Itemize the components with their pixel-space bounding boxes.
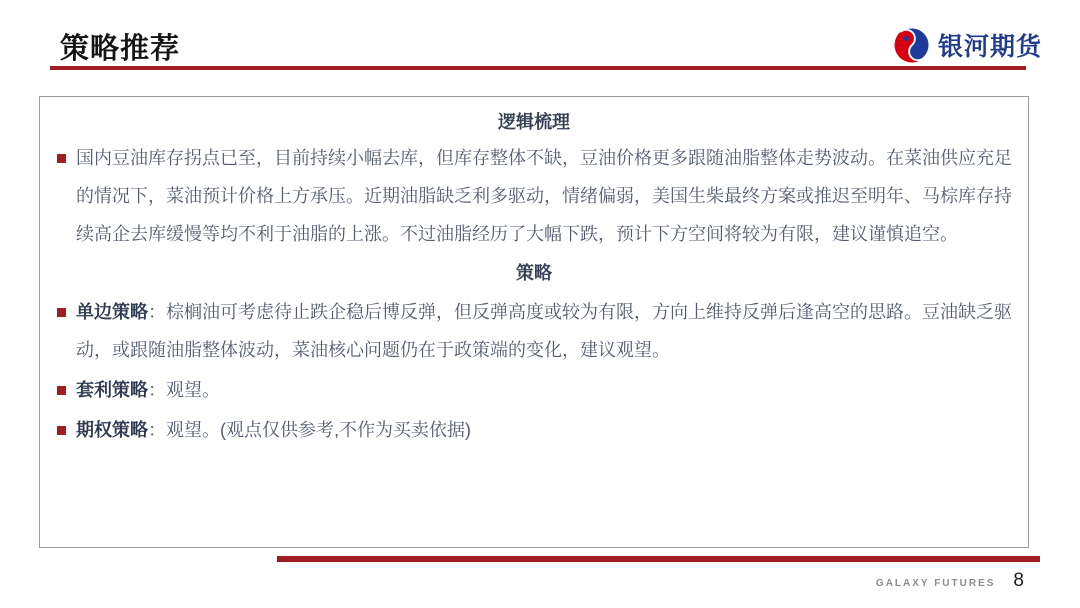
logic-bullet-item: 国内豆油库存拐点已至，目前持续小幅去库，但库存整体不缺，豆油价格更多跟随油脂整体… [56, 139, 1012, 253]
company-logo: 银河期货 [893, 26, 1042, 64]
bullet-square-icon [57, 154, 66, 163]
strategy-item-unilateral: 单边策略：棕榈油可考虑待止跌企稳后博反弹，但反弹高度或较为有限，方向上维持反弹后… [56, 293, 1012, 369]
title-underline [50, 66, 1026, 70]
footer: GALAXY FUTURES 8 [876, 570, 1024, 592]
bullet-square-icon [57, 308, 66, 317]
strategy-label: 套利策略 [76, 380, 148, 400]
strategy-label: 期权策略 [76, 420, 148, 440]
logic-bullet-text: 国内豆油库存拐点已至，目前持续小幅去库，但库存整体不缺，豆油价格更多跟随油脂整体… [76, 139, 1012, 253]
strategy-panel: 逻辑梳理 国内豆油库存拐点已至，目前持续小幅去库，但库存整体不缺，豆油价格更多跟… [39, 96, 1029, 548]
strategy-text: ：棕榈油可考虑待止跌企稳后博反弹，但反弹高度或较为有限，方向上维持反弹后逢高空的… [76, 302, 1012, 360]
section-heading-strategy: 策略 [56, 255, 1012, 291]
bullet-square-icon [57, 426, 66, 435]
company-name: 银河期货 [938, 27, 1042, 63]
bullet-square-icon [57, 386, 66, 395]
strategy-item-arbitrage: 套利策略：观望。 [56, 371, 1012, 409]
section-heading-logic: 逻辑梳理 [56, 107, 1012, 137]
footer-accent-bar [277, 556, 1040, 562]
strategy-item-options: 期权策略：观望。(观点仅供参考,不作为买卖依据) [56, 411, 1012, 449]
strategy-label: 单边策略 [76, 302, 148, 322]
strategy-text: ：观望。(观点仅供参考,不作为买卖依据) [148, 420, 471, 440]
footer-brand: GALAXY FUTURES [876, 578, 996, 589]
page-title: 策略推荐 [60, 26, 180, 67]
galaxy-swirl-icon [893, 26, 931, 64]
strategy-text: ：观望。 [148, 380, 220, 400]
page-number: 8 [1013, 570, 1024, 592]
